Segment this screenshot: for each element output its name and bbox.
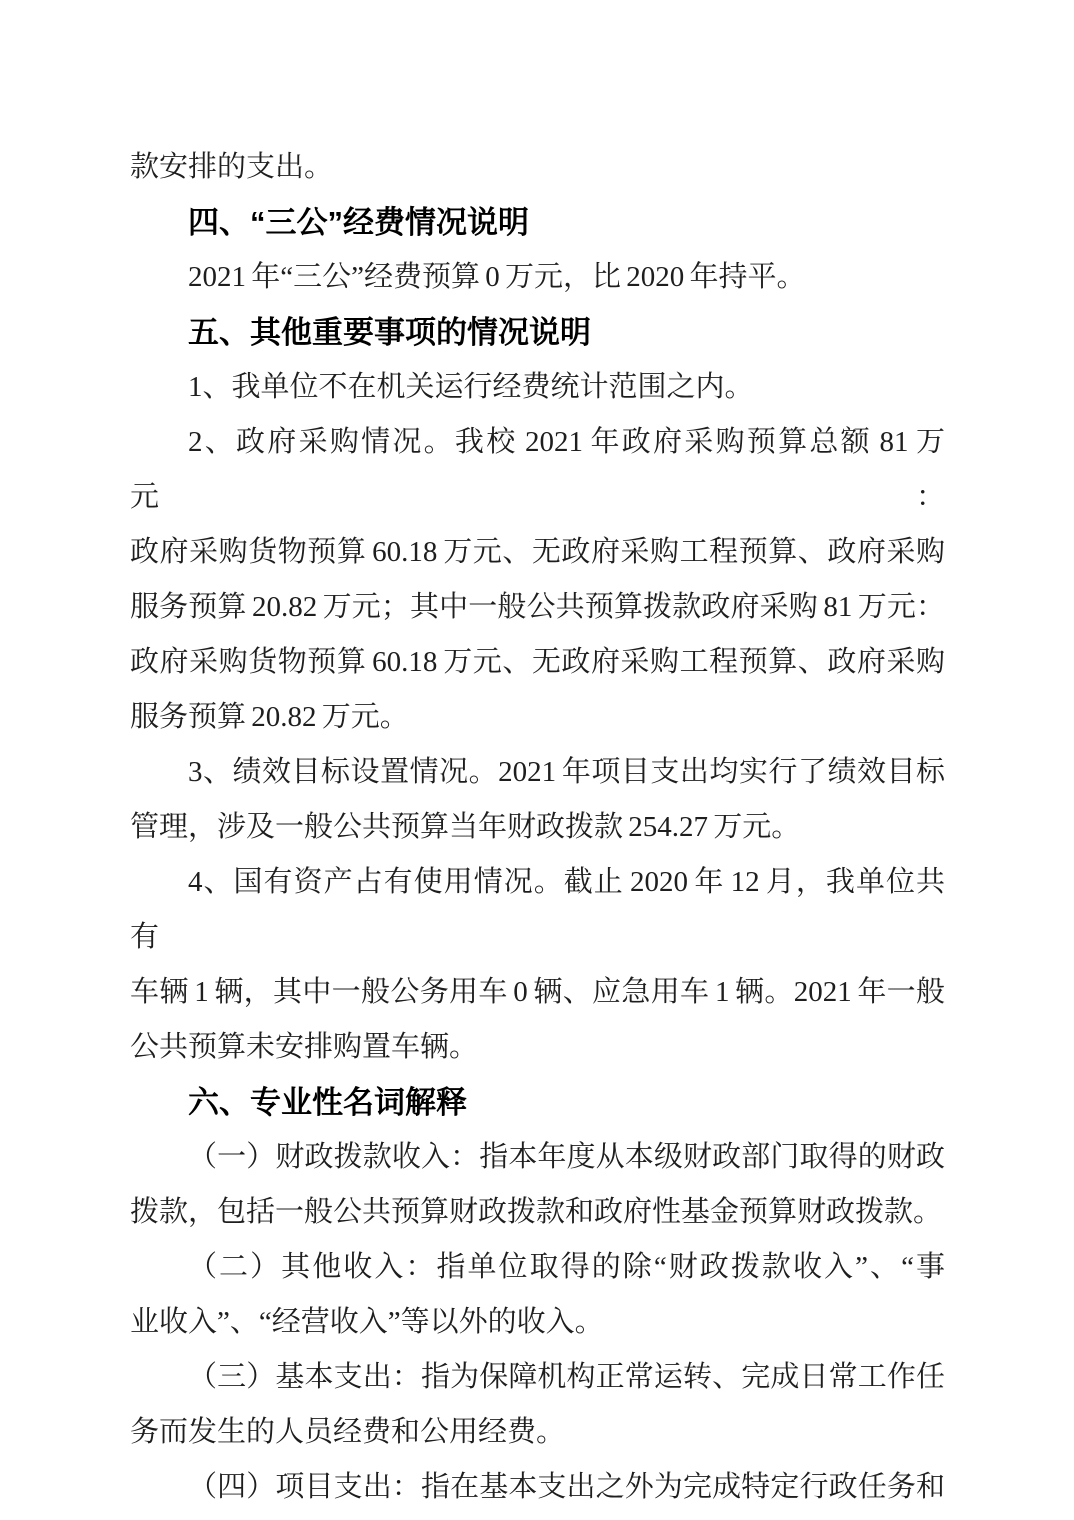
- text-line: 四、“三公”经费情况说明: [130, 195, 945, 250]
- paragraph: 4、国有资产占有使用情况。截止 2020 年 12 月，我单位共有车辆 1 辆，…: [130, 855, 945, 1075]
- text-line: 务而发生的人员经费和公用经费。: [130, 1405, 945, 1460]
- text-line: 政府采购货物预算 60.18 万元、无政府采购工程预算、政府采购: [130, 635, 945, 690]
- section-heading: 四、“三公”经费情况说明: [130, 195, 945, 250]
- text-line: 政府采购货物预算 60.18 万元、无政府采购工程预算、政府采购: [130, 525, 945, 580]
- text-line: 3、绩效目标设置情况。2021 年项目支出均实行了绩效目标: [130, 745, 945, 800]
- text-line: （一）财政拨款收入：指本年度从本级财政部门取得的财政: [130, 1130, 945, 1185]
- text-line: （三）基本支出：指为保障机构正常运转、完成日常工作任: [130, 1350, 945, 1405]
- text-line: 2021 年“三公”经费预算 0 万元，比 2020 年持平。: [130, 250, 945, 305]
- paragraph: （四）项目支出：指在基本支出之外为完成特定行政任务和: [130, 1460, 945, 1515]
- text-line: 服务预算 20.82 万元。: [130, 690, 945, 745]
- paragraph: 2、政府采购情况。我校 2021 年政府采购预算总额 81 万元：政府采购货物预…: [130, 415, 945, 745]
- paragraph: 1、我单位不在机关运行经费统计范围之内。: [130, 360, 945, 415]
- text-line: 六、专业性名词解释: [130, 1075, 945, 1130]
- text-line: （二）其他收入：指单位取得的除“财政拨款收入”、“事: [130, 1240, 945, 1295]
- document-page: 款安排的支出。四、“三公”经费情况说明2021 年“三公”经费预算 0 万元，比…: [0, 0, 1074, 1520]
- text-line: 五、其他重要事项的情况说明: [130, 305, 945, 360]
- paragraph: （二）其他收入：指单位取得的除“财政拨款收入”、“事业收入”、“经营收入”等以外…: [130, 1240, 945, 1350]
- paragraph: 2021 年“三公”经费预算 0 万元，比 2020 年持平。: [130, 250, 945, 305]
- text-line: 管理，涉及一般公共预算当年财政拨款 254.27 万元。: [130, 800, 945, 855]
- paragraph: （一）财政拨款收入：指本年度从本级财政部门取得的财政拨款，包括一般公共预算财政拨…: [130, 1130, 945, 1240]
- text-line: 2、政府采购情况。我校 2021 年政府采购预算总额 81 万元：: [130, 415, 945, 525]
- text-line: 服务预算 20.82 万元；其中一般公共预算拨款政府采购 81 万元：: [130, 580, 945, 635]
- paragraph: （三）基本支出：指为保障机构正常运转、完成日常工作任务而发生的人员经费和公用经费…: [130, 1350, 945, 1460]
- text-line: 拨款，包括一般公共预算财政拨款和政府性基金预算财政拨款。: [130, 1185, 945, 1240]
- text-line: 车辆 1 辆，其中一般公务用车 0 辆、应急用车 1 辆。2021 年一般: [130, 965, 945, 1020]
- text-line: 4、国有资产占有使用情况。截止 2020 年 12 月，我单位共有: [130, 855, 945, 965]
- text-line: 业收入”、“经营收入”等以外的收入。: [130, 1295, 945, 1350]
- text-line: 款安排的支出。: [130, 140, 945, 195]
- text-line: 1、我单位不在机关运行经费统计范围之内。: [130, 360, 945, 415]
- section-heading: 五、其他重要事项的情况说明: [130, 305, 945, 360]
- text-line: 公共预算未安排购置车辆。: [130, 1020, 945, 1075]
- document-body: 款安排的支出。四、“三公”经费情况说明2021 年“三公”经费预算 0 万元，比…: [130, 140, 945, 1515]
- text-line: （四）项目支出：指在基本支出之外为完成特定行政任务和: [130, 1460, 945, 1515]
- section-heading: 六、专业性名词解释: [130, 1075, 945, 1130]
- paragraph: 款安排的支出。: [130, 140, 945, 195]
- paragraph: 3、绩效目标设置情况。2021 年项目支出均实行了绩效目标管理，涉及一般公共预算…: [130, 745, 945, 855]
